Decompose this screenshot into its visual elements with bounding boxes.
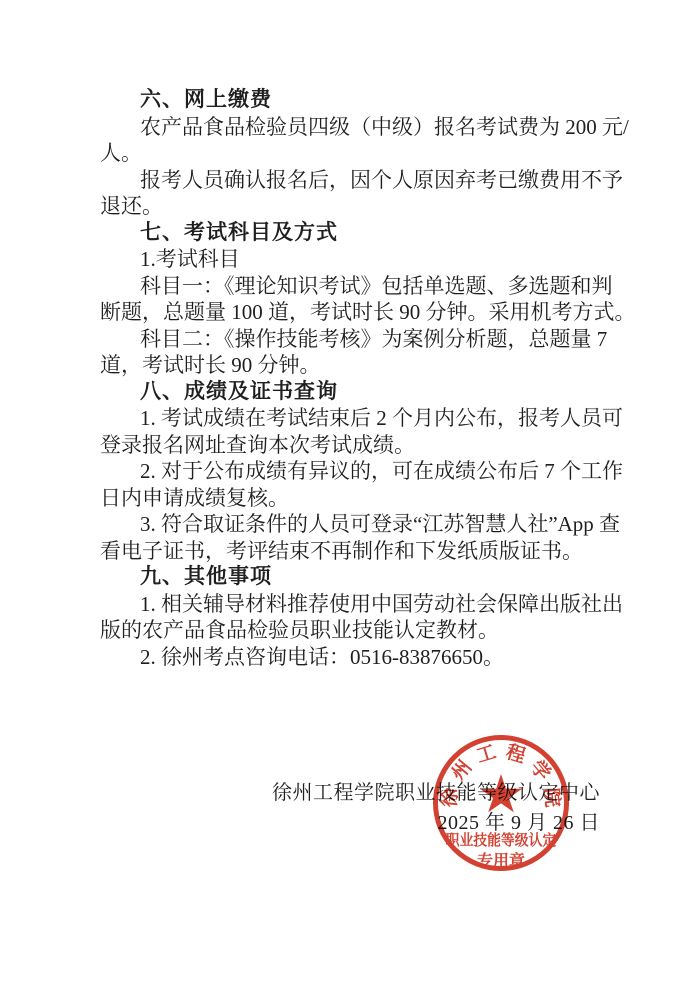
- text-line: 退还。: [100, 193, 660, 220]
- official-seal: 徐州工程学院 职业技能等级认定 专用章: [433, 735, 569, 871]
- text-line: 看电子证书，考评结束不再制作和下发纸质版证书。: [100, 538, 660, 565]
- seal-arc-char: 徐: [439, 786, 463, 810]
- heading-line: 九、其他事项: [100, 564, 660, 591]
- text-line: 科目二：《操作技能考核》为案例分析题，总题量 7: [100, 326, 660, 353]
- seal-text-line2: 专用章: [433, 848, 569, 871]
- heading-line: 八、成绩及证书查询: [100, 379, 660, 406]
- text-line: 3. 符合取证条件的人员可登录“江苏智慧人社”App 查: [100, 511, 660, 538]
- text-line: 1. 相关辅导材料推荐使用中国劳动社会保障出版社出: [100, 591, 660, 618]
- text-line: 2. 徐州考点咨询电话：0516-83876650。: [100, 644, 660, 671]
- heading-line: 六、网上缴费: [100, 87, 660, 114]
- text-line: 日内申请成绩复核。: [100, 485, 660, 512]
- document-body: 六、网上缴费 农产品食品检验员四级（中级）报名考试费为 200 元/ 人。 报考…: [100, 87, 660, 670]
- seal-arc-char: 院: [539, 786, 563, 810]
- text-line: 1. 考试成绩在考试结束后 2 个月内公布，报考人员可: [100, 405, 660, 432]
- text-line: 2. 对于公布成绩有异议的，可在成绩公布后 7 个工作: [100, 458, 660, 485]
- text-line: 登录报名网址查询本次考试成绩。: [100, 432, 660, 459]
- text-line: 农产品食品检验员四级（中级）报名考试费为 200 元/: [100, 114, 660, 141]
- heading-line: 七、考试科目及方式: [100, 220, 660, 247]
- text-line: 报考人员确认报名后，因个人原因弃考已缴费用不予: [100, 167, 660, 194]
- text-line: 人。: [100, 140, 660, 167]
- document-page: { "document": { "lines": [ {"text": "六、网…: [0, 0, 699, 1006]
- text-line: 断题，总题量 100 道，考试时长 90 分钟。采用机考方式。: [100, 299, 660, 326]
- seal-text-line1: 职业技能等级认定: [438, 829, 563, 850]
- text-line: 1.考试科目: [100, 246, 660, 273]
- text-line: 道，考试时长 90 分钟。: [100, 352, 660, 379]
- text-line: 版的农产品食品检验员职业技能认定教材。: [100, 617, 660, 644]
- text-line: 科目一：《理论知识考试》包括单选题、多选题和判: [100, 273, 660, 300]
